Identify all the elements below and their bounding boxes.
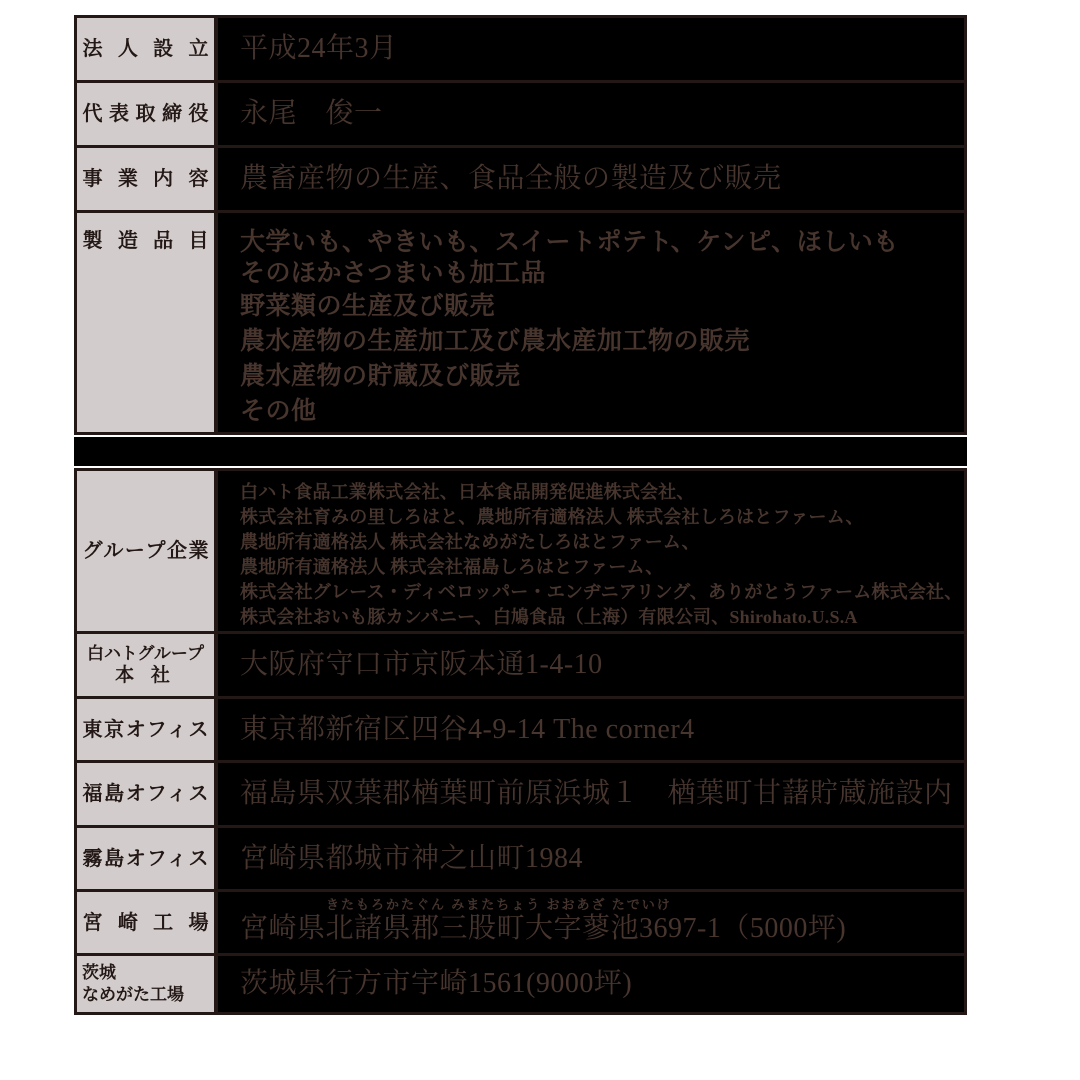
- row-products: 製造品目 大学いも、やきいも、スイートポテト、ケンピ、ほしいも そのほかさつまい…: [77, 210, 964, 432]
- row-value: 永尾 俊一: [218, 83, 964, 145]
- row-value: 白ハト食品工業株式会社、日本食品開発促進株式会社、 株式会社育みの里しろはと、農…: [218, 471, 964, 631]
- group-company-line: 株式会社グレース・ディベロッパー・エンヂニアリング、ありがとうファーム株式会社、: [240, 580, 964, 605]
- row-label: 宮崎工場: [77, 892, 218, 953]
- row-ceo: 代表取締役 永尾 俊一: [77, 80, 964, 145]
- row-group-companies: グループ企業 白ハト食品工業株式会社、日本食品開発促進株式会社、 株式会社育みの…: [77, 471, 964, 631]
- product-item: 農水産物の生産加工及び農水産加工物の販売: [240, 324, 964, 359]
- table-section-upper: 法人設立 平成24年3月 代表取締役 永尾 俊一 事業内容 農畜産物の生産、食品…: [74, 15, 967, 435]
- group-company-line: 白ハト食品工業株式会社、日本食品開発促進株式会社、: [240, 480, 964, 505]
- group-company-line: 株式会社育みの里しろはと、農地所有適格法人 株式会社しろはとファーム、: [240, 505, 964, 530]
- row-value: 大学いも、やきいも、スイートポテト、ケンピ、ほしいも そのほかさつまいも加工品 …: [218, 213, 964, 432]
- row-label: 福島オフィス: [77, 763, 218, 825]
- section-separator-band: [74, 437, 967, 466]
- label-text: 製造品目: [83, 229, 209, 253]
- row-business: 事業内容 農畜産物の生産、食品全般の製造及び販売: [77, 145, 964, 210]
- row-label: 霧島オフィス: [77, 828, 218, 889]
- label-text: 法人設立: [83, 37, 209, 61]
- row-label: 茨城 なめがた工場: [77, 956, 218, 1012]
- row-ibaraki-factory: 茨城 なめがた工場 茨城県行方市宇崎1561(9000坪): [77, 953, 964, 1012]
- group-company-line: 農地所有適格法人 株式会社福島しろはとファーム、: [240, 555, 964, 580]
- row-label: 東京オフィス: [77, 699, 218, 760]
- address-text: 宮崎県北諸県郡三股町大字蓼池3697-1（5000坪): [240, 912, 964, 946]
- address-furigana: きたもろかたぐん みまたちょう おおあざ たでいけ: [326, 897, 964, 912]
- label-text: 福島オフィス: [83, 782, 209, 806]
- row-label: 法人設立: [77, 18, 218, 80]
- row-value: 東京都新宿区四谷4-9-14 The corner4: [218, 699, 964, 760]
- label-text-line1: 白ハトグループ: [87, 643, 204, 665]
- row-value: 宮崎県都城市神之山町1984: [218, 828, 964, 889]
- label-text: 代表取締役: [83, 102, 209, 126]
- row-kirishima-office: 霧島オフィス 宮崎県都城市神之山町1984: [77, 825, 964, 889]
- label-text: 宮崎工場: [83, 911, 209, 935]
- row-establishment: 法人設立 平成24年3月: [77, 18, 964, 80]
- label-text-line1: 茨城: [82, 962, 116, 984]
- row-label: 白ハトグループ 本 社: [77, 634, 218, 696]
- group-company-line: 株式会社おいも豚カンパニー、白鳩食品（上海）有限公司、Shirohato.U.S…: [240, 605, 964, 630]
- row-value: 福島県双葉郡楢葉町前原浜城１ 楢葉町甘藷貯蔵施設内: [218, 763, 964, 825]
- row-tokyo-office: 東京オフィス 東京都新宿区四谷4-9-14 The corner4: [77, 696, 964, 760]
- row-label: 代表取締役: [77, 83, 218, 145]
- product-item: そのほかさつまいも加工品: [240, 258, 964, 289]
- product-item: 野菜類の生産及び販売: [240, 289, 964, 324]
- label-text: 霧島オフィス: [83, 847, 209, 871]
- row-label: グループ企業: [77, 471, 218, 631]
- label-text-line2: 本 社: [115, 665, 176, 687]
- label-text: 事業内容: [83, 167, 209, 191]
- label-text-line2: なめがた工場: [82, 984, 184, 1006]
- product-item: その他: [240, 394, 964, 429]
- label-text: グループ企業: [83, 539, 209, 563]
- row-value: 茨城県行方市宇崎1561(9000坪): [218, 956, 964, 1012]
- row-fukushima-office: 福島オフィス 福島県双葉郡楢葉町前原浜城１ 楢葉町甘藷貯蔵施設内: [77, 760, 964, 825]
- row-value: 農畜産物の生産、食品全般の製造及び販売: [218, 148, 964, 210]
- label-text: 東京オフィス: [83, 718, 209, 742]
- row-value: 大阪府守口市京阪本通1-4-10: [218, 634, 964, 696]
- company-profile-page: 法人設立 平成24年3月 代表取締役 永尾 俊一 事業内容 農畜産物の生産、食品…: [0, 0, 1080, 1080]
- row-label: 事業内容: [77, 148, 218, 210]
- company-profile-table: 法人設立 平成24年3月 代表取締役 永尾 俊一 事業内容 農畜産物の生産、食品…: [74, 15, 967, 1015]
- product-item: 大学いも、やきいも、スイートポテト、ケンピ、ほしいも: [240, 227, 964, 258]
- row-value: 平成24年3月: [218, 18, 964, 80]
- table-section-lower: グループ企業 白ハト食品工業株式会社、日本食品開発促進株式会社、 株式会社育みの…: [74, 468, 967, 1015]
- product-item: 農水産物の貯蔵及び販売: [240, 359, 964, 394]
- row-headquarters: 白ハトグループ 本 社 大阪府守口市京阪本通1-4-10: [77, 631, 964, 696]
- group-company-line: 農地所有適格法人 株式会社なめがたしろはとファーム、: [240, 530, 964, 555]
- row-value: きたもろかたぐん みまたちょう おおあざ たでいけ 宮崎県北諸県郡三股町大字蓼池…: [218, 892, 964, 953]
- row-miyazaki-factory: 宮崎工場 きたもろかたぐん みまたちょう おおあざ たでいけ 宮崎県北諸県郡三股…: [77, 889, 964, 953]
- row-label: 製造品目: [77, 213, 218, 432]
